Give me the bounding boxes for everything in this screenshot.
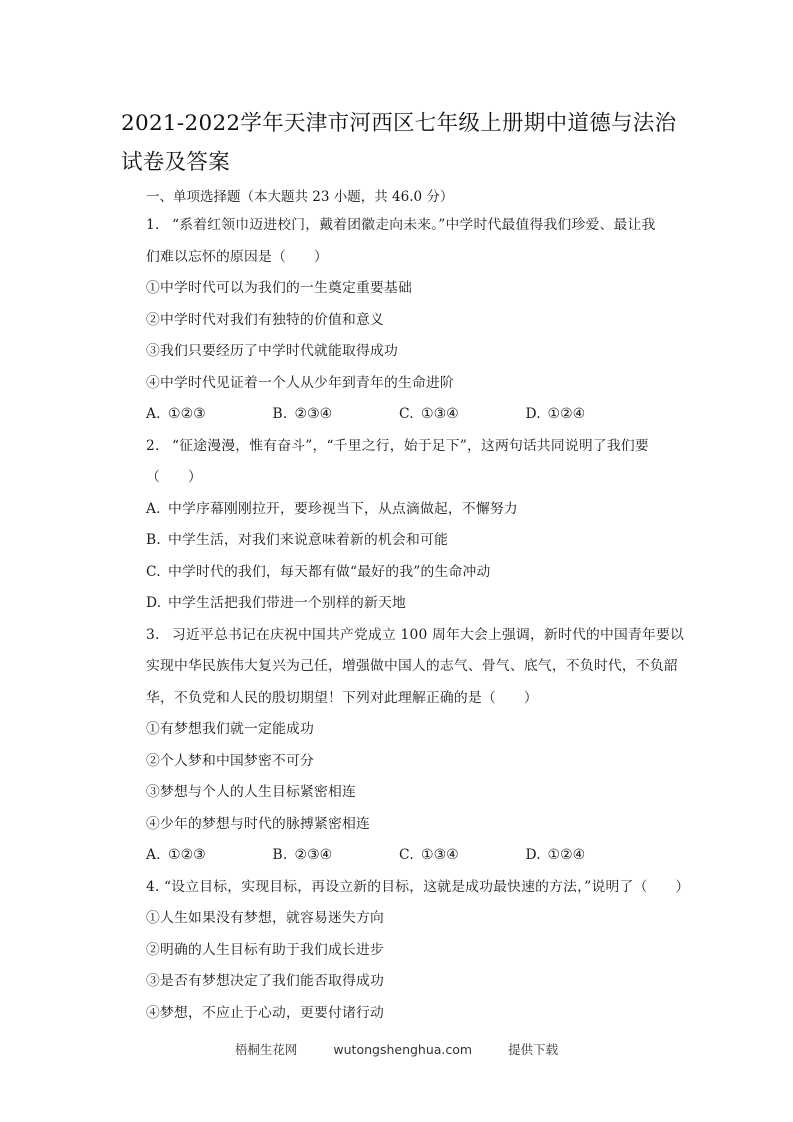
question-4: 4.“设立目标，实现目标，再设立新的目标，这就是成功最快速的方法，”说明了（ ）… xyxy=(146,872,676,1030)
option-c: C.①③④ xyxy=(399,840,526,872)
question-list: 1.“系着红领巾迈进校门，戴着团徽走向未来。”中学时代最值得我们珍爱、最让我 们… xyxy=(146,210,676,1029)
statement: ③梦想与个人的人生目标紧密相连 xyxy=(146,777,676,809)
option-a: A.中学序幕刚刚拉开，要珍视当下，从点滴做起，不懈努力 xyxy=(146,494,676,526)
question-3: 3.习近平总书记在庆祝中国共产党成立 100 周年大会上强调，新时代的中国青年要… xyxy=(146,620,676,872)
question-number: 2. xyxy=(146,431,172,463)
page-footer: 梧桐生花网 wutongshenghua.com 提供下载 xyxy=(0,1040,793,1058)
answer-options: A.①②③ B.②③④ C.①③④ D.①②④ xyxy=(146,840,676,872)
question-stem: 习近平总书记在庆祝中国共产党成立 100 周年大会上强调，新时代的中国青年要以 xyxy=(172,627,684,643)
question-number: 4. xyxy=(146,872,164,904)
section-heading: 一、单项选择题（本大题共 23 小题，共 46.0 分） xyxy=(146,185,453,205)
statement: ②明确的人生目标有助于我们成长进步 xyxy=(146,935,676,967)
statement: ③我们只要经历了中学时代就能取得成功 xyxy=(146,336,676,368)
footer-note: 提供下载 xyxy=(508,1042,558,1057)
question-stem: 实现中华民族伟大复兴为己任，增强做中国人的志气、骨气、底气，不负时代，不负韶 xyxy=(146,651,676,683)
option-b: B.中学生活，对我们来说意味着新的机会和可能 xyxy=(146,525,676,557)
question-stem: 华，不负党和人民的殷切期望！下列对此理解正确的是（ ） xyxy=(146,683,676,715)
footer-url: wutongshenghua.com xyxy=(333,1042,472,1057)
option-b: B.②③④ xyxy=(273,399,400,431)
option-a: A.①②③ xyxy=(146,840,273,872)
question-1: 1.“系着红领巾迈进校门，戴着团徽走向未来。”中学时代最值得我们珍爱、最让我 们… xyxy=(146,210,676,431)
option-d: D.①②④ xyxy=(526,840,653,872)
statement: ②中学时代对我们有独特的价值和意义 xyxy=(146,305,676,337)
option-c: C.①③④ xyxy=(399,399,526,431)
question-2: 2.“征途漫漫，惟有奋斗”，“千里之行，始于足下”，这两句话共同说明了我们要 （… xyxy=(146,431,676,620)
question-stem: “设立目标，实现目标，再设立新的目标，这就是成功最快速的方法，”说明了（ ） xyxy=(164,879,690,895)
question-number: 1. xyxy=(146,210,172,242)
option-d: D.①②④ xyxy=(526,399,653,431)
option-a: A.①②③ xyxy=(146,399,273,431)
statement: ①中学时代可以为我们的一生奠定重要基础 xyxy=(146,273,676,305)
statement: ①人生如果没有梦想，就容易迷失方向 xyxy=(146,903,676,935)
footer-site-name: 梧桐生花网 xyxy=(235,1042,298,1057)
question-number: 3. xyxy=(146,620,172,652)
question-stem: 们难以忘怀的原因是（ ） xyxy=(146,242,676,274)
statement: ②个人梦和中国梦密不可分 xyxy=(146,746,676,778)
statement: ③是否有梦想决定了我们能否取得成功 xyxy=(146,966,676,998)
question-stem: “征途漫漫，惟有奋斗”，“千里之行，始于足下”，这两句话共同说明了我们要 xyxy=(172,438,649,454)
option-c: C.中学时代的我们，每天都有做“最好的我”的生命冲动 xyxy=(146,557,676,589)
statement: ④中学时代见证着一个人从少年到青年的生命进阶 xyxy=(146,368,676,400)
statement: ④梦想，不应止于心动，更要付诸行动 xyxy=(146,998,676,1030)
statement: ①有梦想我们就一定能成功 xyxy=(146,714,676,746)
question-stem: （ ） xyxy=(146,462,676,494)
document-title: 2021-2022学年天津市河西区七年级上册期中道德与法治试卷及答案 xyxy=(121,104,681,182)
question-stem: “系着红领巾迈进校门，戴着团徽走向未来。”中学时代最值得我们珍爱、最让我 xyxy=(172,217,656,233)
statement: ④少年的梦想与时代的脉搏紧密相连 xyxy=(146,809,676,841)
option-b: B.②③④ xyxy=(273,840,400,872)
option-d: D.中学生活把我们带进一个别样的新天地 xyxy=(146,588,676,620)
answer-options: A.①②③ B.②③④ C.①③④ D.①②④ xyxy=(146,399,676,431)
